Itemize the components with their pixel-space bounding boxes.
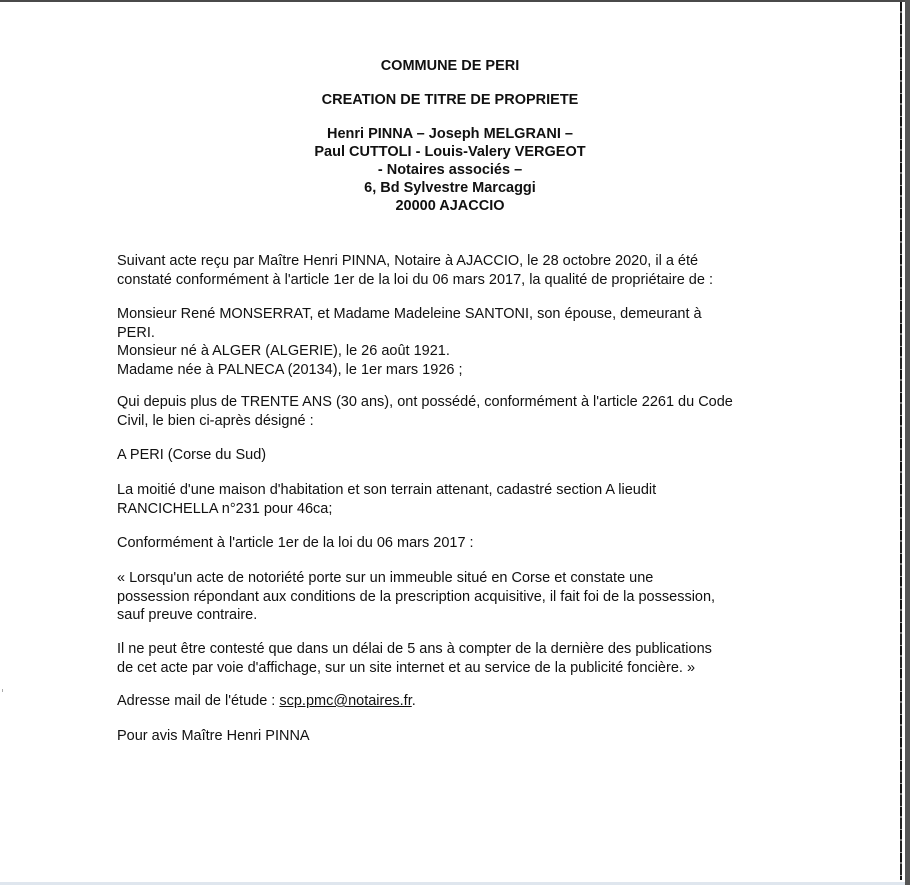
notaries-line-2: Paul CUTTOLI - Louis-Valery VERGEOT (0, 143, 900, 161)
document-title: CREATION DE TITRE DE PROPRIETE (0, 91, 900, 109)
text-line: possession répondant aux conditions de l… (117, 588, 797, 607)
paragraph-signature: Pour avis Maître Henri PINNA (117, 727, 797, 746)
text-line: sauf preuve contraire. (117, 606, 797, 625)
text-line: A PERI (Corse du Sud) (117, 446, 797, 465)
text-line: « Lorsqu'un acte de notoriété porte sur … (117, 569, 797, 588)
text-line: RANCICHELLA n°231 pour 46ca; (117, 500, 797, 519)
paragraph-acte: Suivant acte reçu par Maître Henri PINNA… (117, 252, 797, 289)
paragraph-owners: Monsieur René MONSERRAT, et Madame Madel… (117, 305, 797, 379)
address-line-1: 6, Bd Sylvestre Marcaggi (0, 179, 900, 197)
text-line: de cet acte par voie d'affichage, sur un… (117, 659, 797, 678)
text-line: Monsieur né à ALGER (ALGERIE), le 26 aoû… (117, 342, 797, 361)
text-line: Conformément à l'article 1er de la loi d… (117, 534, 797, 553)
paragraph-property: La moitié d'une maison d'habitation et s… (117, 481, 797, 518)
text-line: Qui depuis plus de TRENTE ANS (30 ans), … (117, 393, 797, 412)
paragraph-location: A PERI (Corse du Sud) (117, 446, 797, 465)
address-line-2: 20000 AJACCIO (0, 197, 900, 215)
text-line: PERI. (117, 324, 797, 343)
notaries-block: Henri PINNA – Joseph MELGRANI – Paul CUT… (0, 125, 900, 215)
notaries-line-1: Henri PINNA – Joseph MELGRANI – (0, 125, 900, 143)
paragraph-possession: Qui depuis plus de TRENTE ANS (30 ans), … (117, 393, 797, 430)
paragraph-email: Adresse mail de l'étude : scp.pmc@notair… (117, 692, 797, 711)
scan-edge-line (900, 2, 902, 880)
commune-heading: COMMUNE DE PERI (0, 57, 900, 75)
text-line: Civil, le bien ci-après désigné : (117, 412, 797, 431)
right-edge-strip (905, 0, 910, 885)
text-line: Madame née à PALNECA (20134), le 1er mar… (117, 361, 797, 380)
paragraph-law-reference: Conformément à l'article 1er de la loi d… (117, 534, 797, 553)
notaries-line-3: - Notaires associés – (0, 161, 900, 179)
text-line: Suivant acte reçu par Maître Henri PINNA… (117, 252, 797, 271)
text-line: Pour avis Maître Henri PINNA (117, 727, 797, 746)
text-line: Il ne peut être contesté que dans un dél… (117, 640, 797, 659)
text-line: La moitié d'une maison d'habitation et s… (117, 481, 797, 500)
text-line: constaté conformément à l'article 1er de… (117, 271, 797, 290)
email-line: Adresse mail de l'étude : scp.pmc@notair… (117, 692, 797, 711)
email-label: Adresse mail de l'étude : (117, 693, 279, 709)
paragraph-quote-2: Il ne peut être contesté que dans un dél… (117, 640, 797, 677)
paragraph-quote-1: « Lorsqu'un acte de notoriété porte sur … (117, 569, 797, 625)
email-link[interactable]: scp.pmc@notaires.fr (279, 693, 411, 709)
document-page: COMMUNE DE PERI CREATION DE TITRE DE PRO… (0, 0, 900, 880)
email-suffix: . (412, 693, 416, 709)
text-line: Monsieur René MONSERRAT, et Madame Madel… (117, 305, 797, 324)
